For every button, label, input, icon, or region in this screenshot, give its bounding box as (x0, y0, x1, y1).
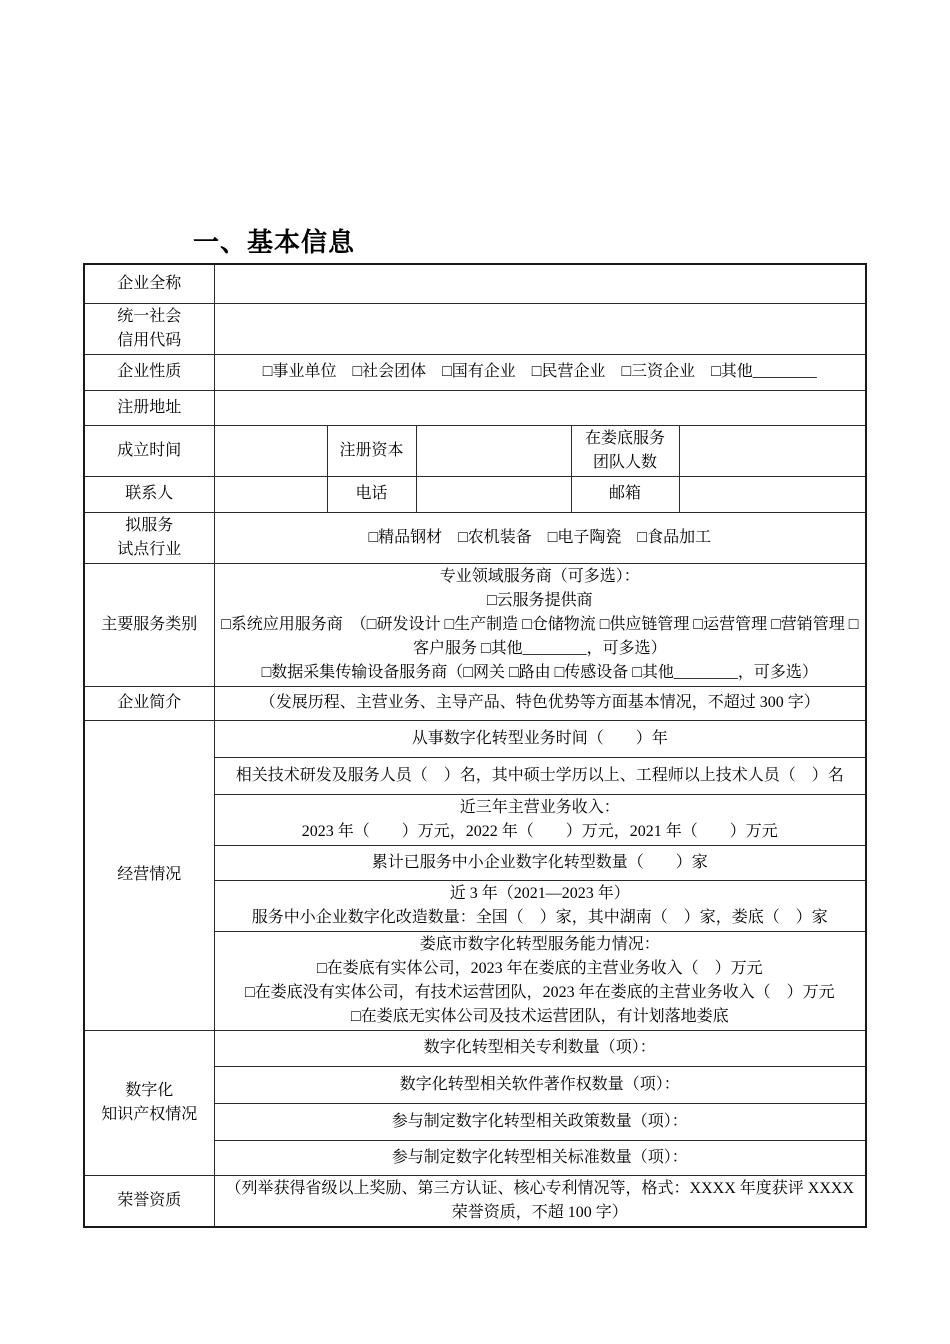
table-row: 主要服务类别 专业领域服务商（可多选）： □云服务提供商 □系统应用服务商 （□… (84, 563, 866, 686)
registered-capital-label: 注册资本 (327, 425, 416, 476)
registered-address-label: 注册地址 (84, 390, 214, 425)
founded-date-label: 成立时间 (84, 425, 214, 476)
founded-date-input-cell[interactable] (214, 425, 327, 476)
email-input-cell[interactable] (679, 476, 866, 512)
phone-label: 电话 (327, 476, 416, 512)
table-row: 企业简介 （发展历程、主营业务、主导产品、特色优势等方面基本情况，不超过 300… (84, 686, 866, 720)
operation-row-staff-count[interactable]: 相关技术研发及服务人员（ ）名，其中硕士学历以上、工程师以上技术人员（ ）名 (214, 757, 866, 794)
loudi-team-size-input-cell[interactable] (679, 425, 866, 476)
table-row: 数字化 知识产权情况 数字化转型相关专利数量（项）： (84, 1030, 866, 1066)
contact-person-label: 联系人 (84, 476, 214, 512)
table-row: 成立时间 注册资本 在娄底服务 团队人数 (84, 425, 866, 476)
ip-row-patents[interactable]: 数字化转型相关专利数量（项）： (214, 1030, 866, 1066)
table-row: 统一社会 信用代码 (84, 303, 866, 354)
operation-row-business-years[interactable]: 从事数字化转型业务时间（ ）年 (214, 720, 866, 757)
company-profile-input-cell[interactable]: （发展历程、主营业务、主导产品、特色优势等方面基本情况，不超过 300 字） (214, 686, 866, 720)
table-row: 联系人 电话 邮箱 (84, 476, 866, 512)
ip-row-software-copyrights[interactable]: 数字化转型相关软件著作权数量（项）： (214, 1066, 866, 1103)
company-name-input-cell[interactable] (214, 264, 866, 303)
email-label: 邮箱 (571, 476, 679, 512)
operation-row-recent-served[interactable]: 近 3 年（2021—2023 年） 服务中小企业数字化改造数量：全国（ ）家，… (214, 880, 866, 931)
table-row: 企业性质 □事业单位 □社会团体 □国有企业 □民营企业 □三资企业 □其他__… (84, 354, 866, 390)
pilot-industry-options[interactable]: □精品钢材 □农机装备 □电子陶瓷 □食品加工 (214, 512, 866, 563)
service-category-label: 主要服务类别 (84, 563, 214, 686)
table-row: 拟服务 试点行业 □精品钢材 □农机装备 □电子陶瓷 □食品加工 (84, 512, 866, 563)
table-row: 注册地址 (84, 390, 866, 425)
table-row: 企业全称 (84, 264, 866, 303)
honors-label: 荣誉资质 (84, 1175, 214, 1227)
ip-row-standards[interactable]: 参与制定数字化转型相关标准数量（项）： (214, 1140, 866, 1175)
contact-person-input-cell[interactable] (214, 476, 327, 512)
pilot-industry-label: 拟服务 试点行业 (84, 512, 214, 563)
enterprise-nature-options[interactable]: □事业单位 □社会团体 □国有企业 □民营企业 □三资企业 □其他_______… (214, 354, 866, 390)
company-name-label: 企业全称 (84, 264, 214, 303)
honors-input-cell[interactable]: （列举获得省级以上奖励、第三方认证、核心专利情况等，格式：XXXX 年度获评 X… (214, 1175, 866, 1227)
ip-status-label: 数字化 知识产权情况 (84, 1030, 214, 1175)
section-title: 一、基本信息 (193, 222, 355, 259)
registered-address-input-cell[interactable] (214, 390, 866, 425)
operation-row-loudi-capability[interactable]: 娄底市数字化转型服务能力情况： □在娄底有实体公司，2023 年在娄底的主营业务… (214, 931, 866, 1030)
service-category-options[interactable]: 专业领域服务商（可多选）： □云服务提供商 □系统应用服务商 （□研发设计 □生… (214, 563, 866, 686)
ip-row-policies[interactable]: 参与制定数字化转型相关政策数量（项）： (214, 1103, 866, 1140)
credit-code-input-cell[interactable] (214, 303, 866, 354)
loudi-team-size-label: 在娄底服务 团队人数 (571, 425, 679, 476)
enterprise-nature-label: 企业性质 (84, 354, 214, 390)
table-row: 经营情况 从事数字化转型业务时间（ ）年 (84, 720, 866, 757)
document-page: 一、基本信息 企业全称 统一社会 信用代码 企业性质 □事业单位 □社会团体 □… (0, 0, 950, 1344)
operation-status-label: 经营情况 (84, 720, 214, 1030)
basic-info-table: 企业全称 统一社会 信用代码 企业性质 □事业单位 □社会团体 □国有企业 □民… (83, 263, 867, 1228)
registered-capital-input-cell[interactable] (416, 425, 571, 476)
phone-input-cell[interactable] (416, 476, 571, 512)
company-profile-label: 企业简介 (84, 686, 214, 720)
operation-row-revenue[interactable]: 近三年主营业务收入： 2023 年（ ）万元，2022 年（ ）万元，2021 … (214, 794, 866, 845)
table-row: 荣誉资质 （列举获得省级以上奖励、第三方认证、核心专利情况等，格式：XXXX 年… (84, 1175, 866, 1227)
credit-code-label: 统一社会 信用代码 (84, 303, 214, 354)
operation-row-total-served[interactable]: 累计已服务中小企业数字化转型数量（ ）家 (214, 845, 866, 880)
